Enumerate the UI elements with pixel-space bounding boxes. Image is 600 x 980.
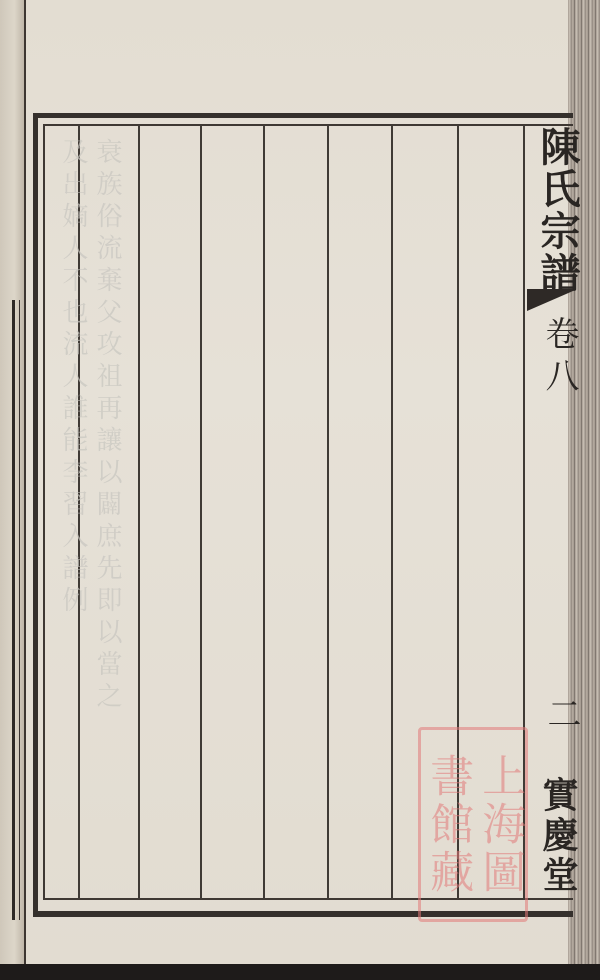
hall-name: 實慶堂: [533, 776, 584, 896]
column-rule: [391, 125, 393, 899]
text-column: 及出嫡人不也流人誰能李習入譜例: [45, 128, 78, 898]
column-rule: [327, 125, 329, 899]
book-title: 陳氏宗譜: [529, 126, 586, 294]
scan-bottom-edge: [0, 964, 600, 980]
page-number: 二: [537, 696, 586, 730]
column-rule: [200, 125, 202, 899]
volume-label: 卷八: [535, 316, 584, 400]
adjacent-left-page-edge: [0, 0, 26, 968]
text-column: 衰族俗流棄父攻祖再讓以闢庶先即以當之: [79, 128, 138, 898]
banxin-center-column: 陳氏宗譜 卷八 二 實慶堂: [523, 126, 573, 900]
column-rule: [138, 125, 140, 899]
column-rule: [263, 125, 265, 899]
bleed-through-text: 衰族俗流棄父攻祖再讓以闢庶先即以當之: [89, 138, 126, 714]
library-seal: 上海圖 書館藏: [418, 727, 528, 922]
fishtail-marker-icon: [527, 291, 573, 311]
seal-text-right: 上海圖: [475, 753, 523, 897]
seal-text-left: 書館藏: [423, 753, 471, 897]
left-page-frame-line: [12, 300, 20, 920]
